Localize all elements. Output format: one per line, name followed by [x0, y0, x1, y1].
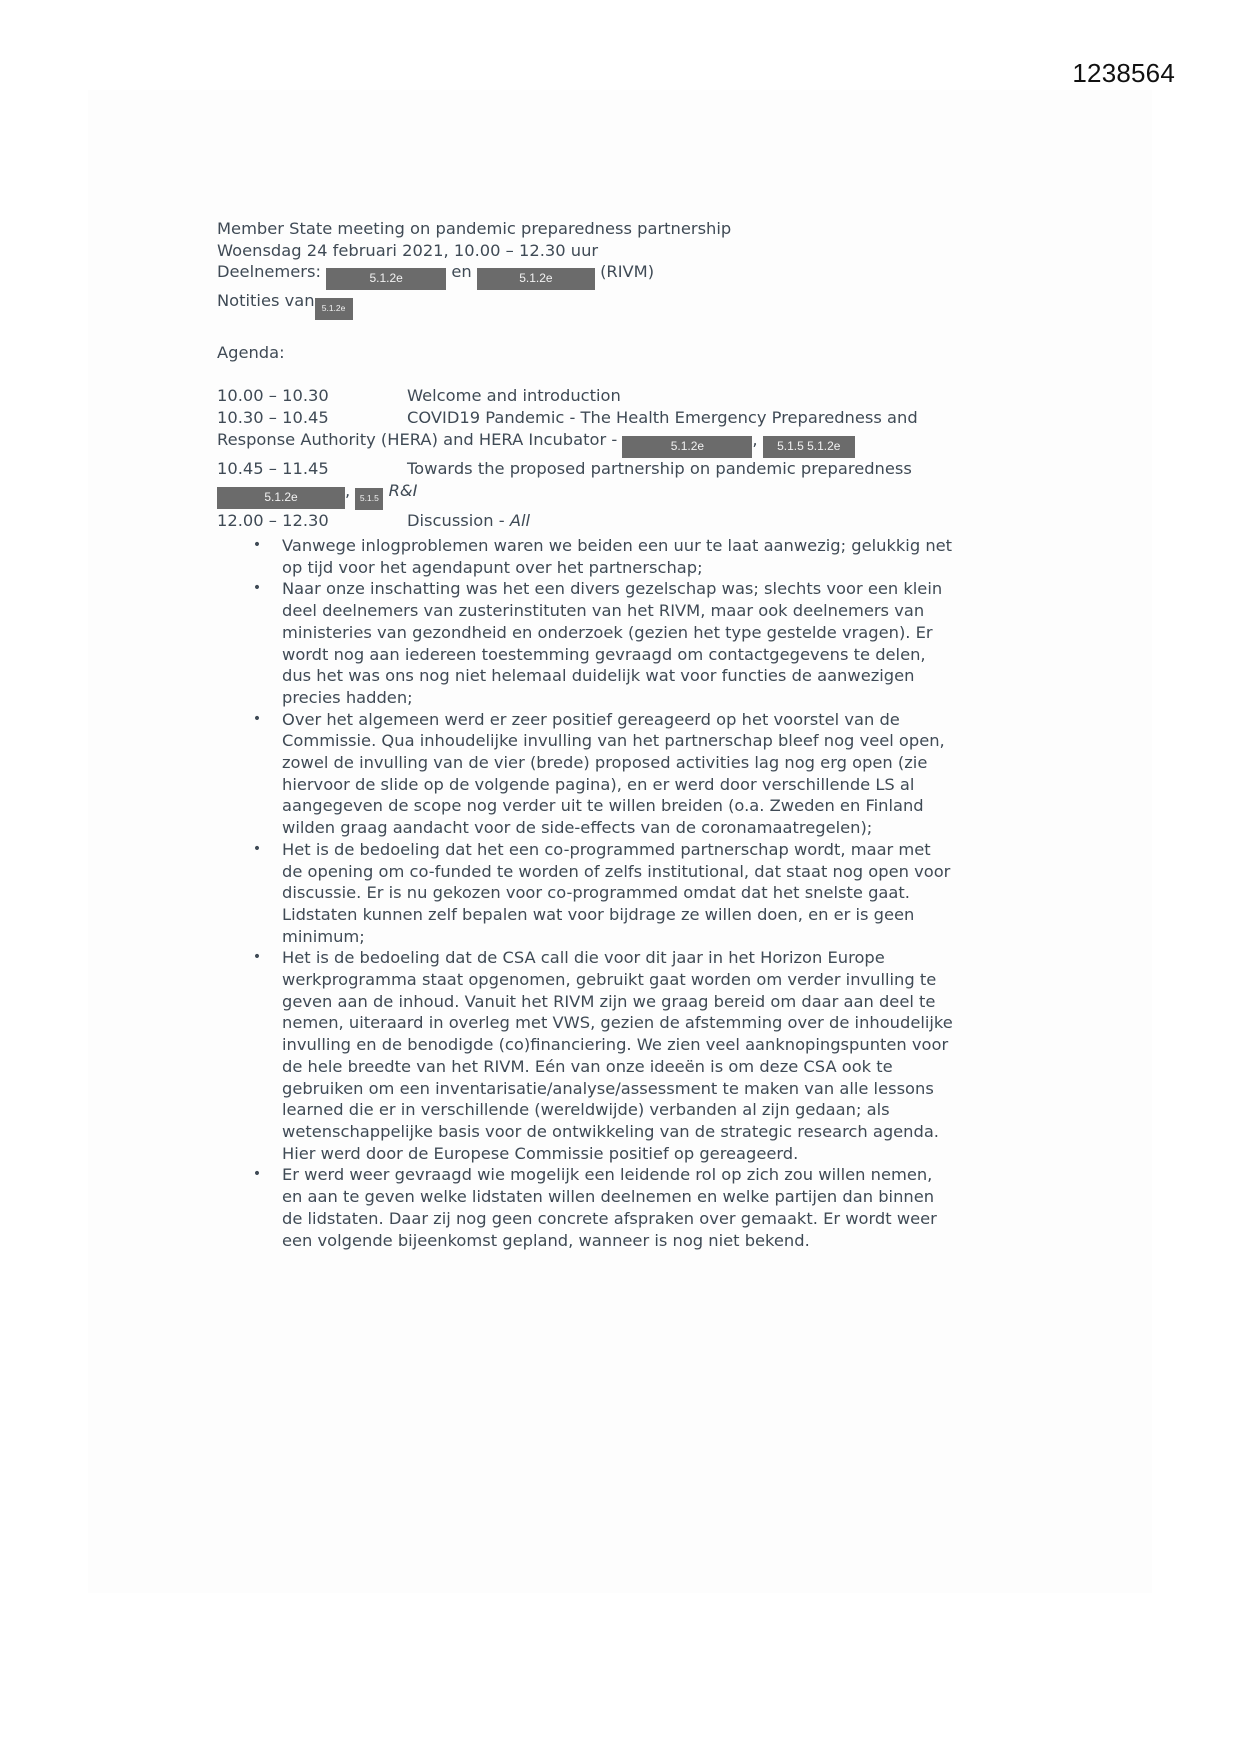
agenda-presenter: All: [510, 511, 530, 530]
participants-conjunction: en: [451, 262, 471, 281]
redaction-box: 5.1.5: [355, 488, 383, 510]
list-item: •Het is de bedoeling dat de CSA call die…: [250, 947, 1030, 1164]
meeting-title: Member State meeting on pandemic prepare…: [217, 218, 1017, 240]
separator: ,: [345, 481, 350, 500]
meeting-notes-list: •Vanwege inlogproblemen waren we beiden …: [250, 535, 1030, 1251]
agenda-time: 10.45 – 11.45: [217, 458, 407, 480]
agenda-title-continuation: Response Authority (HERA) and HERA Incub…: [217, 430, 617, 449]
agenda-time: 10.30 – 10.45: [217, 407, 407, 429]
document-content: Member State meeting on pandemic prepare…: [217, 218, 1017, 531]
note-text: Vanwege inlogproblemen waren we beiden e…: [282, 535, 1030, 578]
list-item: •Het is de bedoeling dat het een co-prog…: [250, 839, 1030, 948]
bullet-icon: •: [250, 535, 264, 557]
note-text: Naar onze inschatting was het een divers…: [282, 578, 1030, 708]
agenda-presenter: R&I: [389, 481, 418, 500]
agenda-item: 10.45 – 11.45 Towards the proposed partn…: [217, 458, 1017, 510]
agenda-item: 10.30 – 10.45 COVID19 Pandemic - The Hea…: [217, 407, 1017, 458]
redaction-box: 5.1.2e: [477, 268, 595, 290]
meeting-date: Woensdag 24 februari 2021, 10.00 – 12.30…: [217, 240, 1017, 262]
participants-line: Deelnemers: 5.1.2e en 5.1.2e (RIVM): [217, 261, 1017, 290]
note-text: Het is de bedoeling dat het een co-progr…: [282, 839, 1030, 948]
list-item: •Er werd weer gevraagd wie mogelijk een …: [250, 1164, 1030, 1251]
bullet-icon: •: [250, 709, 264, 731]
agenda-heading: Agenda:: [217, 342, 1017, 364]
agenda-title: Towards the proposed partnership on pand…: [407, 458, 912, 480]
document-reference-number: 1238564: [1072, 58, 1175, 89]
agenda-title: Discussion - All: [407, 510, 530, 532]
agenda-item: 10.00 – 10.30 Welcome and introduction: [217, 385, 1017, 407]
redaction-box: 5.1.2e: [326, 268, 446, 290]
bullet-icon: •: [250, 947, 264, 969]
agenda-time: 10.00 – 10.30: [217, 385, 407, 407]
participants-org: (RIVM): [600, 262, 654, 281]
bullet-icon: •: [250, 839, 264, 861]
redaction-box: 5.1.2e: [622, 436, 752, 458]
list-item: •Vanwege inlogproblemen waren we beiden …: [250, 535, 1030, 578]
bullet-icon: •: [250, 1164, 264, 1186]
note-text: Er werd weer gevraagd wie mogelijk een l…: [282, 1164, 1030, 1251]
list-item: •Over het algemeen werd er zeer positief…: [250, 709, 1030, 839]
redaction-box: 5.1.2e: [217, 487, 345, 509]
notes-by-label: Notities van: [217, 291, 315, 310]
note-text: Over het algemeen werd er zeer positief …: [282, 709, 1030, 839]
agenda-title-text: Discussion -: [407, 511, 510, 530]
agenda-item: 12.00 – 12.30 Discussion - All: [217, 510, 1017, 532]
bullet-icon: •: [250, 578, 264, 600]
list-item: •Naar onze inschatting was het een diver…: [250, 578, 1030, 708]
agenda-title: COVID19 Pandemic - The Health Emergency …: [407, 407, 918, 429]
separator: ,: [752, 430, 757, 449]
participants-label: Deelnemers:: [217, 262, 321, 281]
note-text: Het is de bedoeling dat de CSA call die …: [282, 947, 1030, 1164]
agenda-time: 12.00 – 12.30: [217, 510, 407, 532]
redaction-box: 5.1.5 5.1.2e: [763, 436, 855, 458]
notes-by-line: Notities van5.1.2e: [217, 290, 1017, 320]
agenda-title: Welcome and introduction: [407, 385, 621, 407]
redaction-box: 5.1.2e: [315, 298, 353, 320]
